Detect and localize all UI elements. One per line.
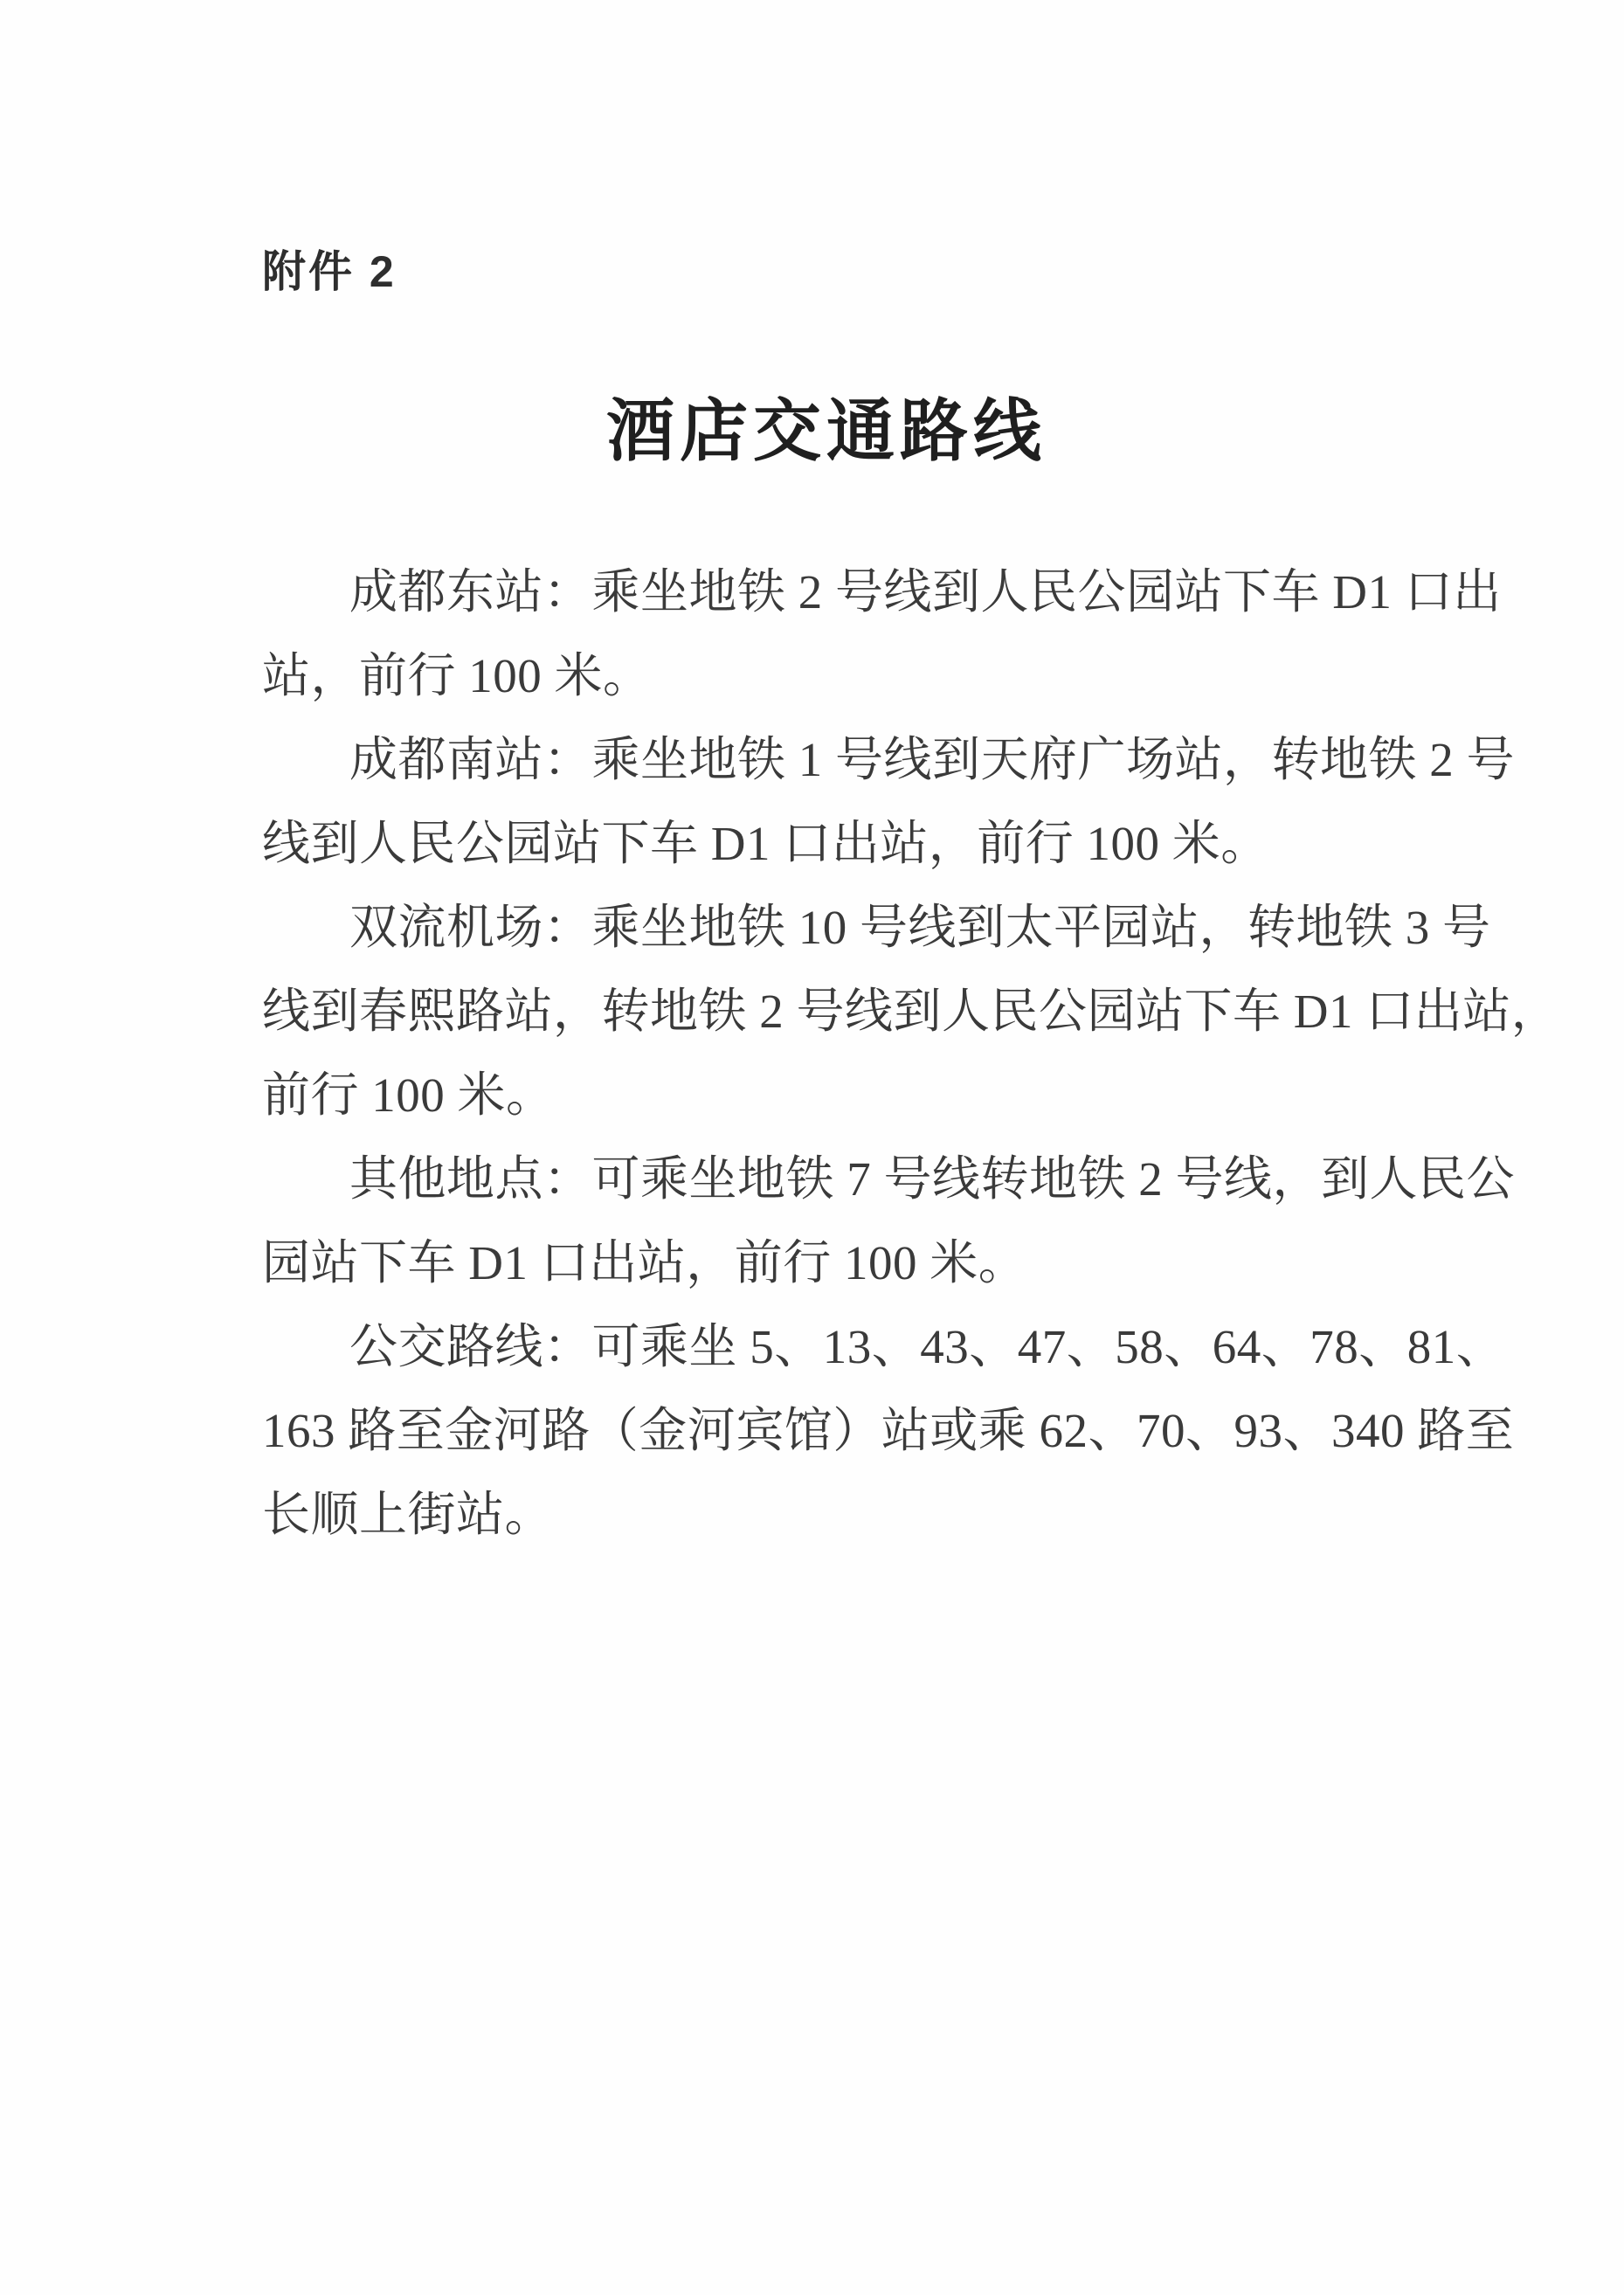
- document-line: 成都东站：乘坐地铁 2 号线到人民公园站下车 D1 口出: [262, 550, 1391, 634]
- document-line: 线到春熙路站，转地铁 2 号线到人民公园站下车 D1 口出站，: [262, 970, 1391, 1054]
- attachment-label: 附件 2: [262, 245, 397, 299]
- document-line: 双流机场：乘坐地铁 10 号线到太平园站，转地铁 3 号: [262, 886, 1391, 970]
- document-line: 公交路线：可乘坐 5、13、43、47、58、64、78、81、: [262, 1305, 1391, 1389]
- document-line: 线到人民公园站下车 D1 口出站，前行 100 米。: [262, 802, 1391, 886]
- document-line: 成都南站：乘坐地铁 1 号线到天府广场站，转地铁 2 号: [262, 718, 1391, 802]
- document-line: 其他地点：可乘坐地铁 7 号线转地铁 2 号线，到人民公: [262, 1137, 1391, 1221]
- document-line: 长顺上街站。: [262, 1473, 1391, 1557]
- page-title: 酒店交通路线: [262, 383, 1391, 480]
- document-line: 前行 100 米。: [262, 1054, 1391, 1137]
- document-body: 成都东站：乘坐地铁 2 号线到人民公园站下车 D1 口出站，前行 100 米。成…: [262, 550, 1391, 1557]
- document-line: 园站下车 D1 口出站，前行 100 米。: [262, 1221, 1391, 1305]
- document-line: 163 路至金河路（金河宾馆）站或乘 62、70、93、340 路至: [262, 1389, 1391, 1473]
- document-page: 附件 2 酒店交通路线 成都东站：乘坐地铁 2 号线到人民公园站下车 D1 口出…: [0, 0, 1624, 2295]
- document-line: 站，前行 100 米。: [262, 634, 1391, 718]
